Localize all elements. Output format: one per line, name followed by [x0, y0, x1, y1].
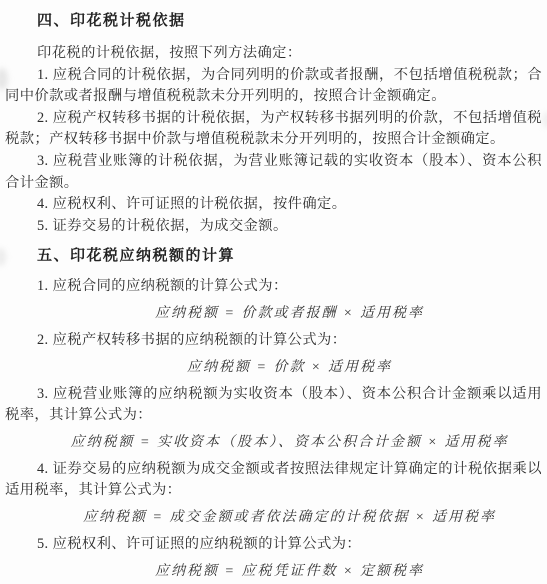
- list-item-basis-1: 1. 应税合同的计税依据，为合同列明的价款或者报酬，不包括增值税税款；合同中价款…: [5, 65, 542, 108]
- document-page: 四、印花税计税依据 印花税的计税依据，按照下列方法确定： 1. 应税合同的计税依…: [0, 0, 547, 584]
- scan-artifact: [542, 112, 547, 128]
- intro-paragraph: 印花税的计税依据，按照下列方法确定：: [5, 43, 542, 65]
- list-item-basis-2: 2. 应税产权转移书据的计税依据，为产权转移书据列明的价款，不包括增值税税款；产…: [5, 108, 542, 151]
- section-heading-tax-amount-calculation: 五、印花税应纳税额的计算: [5, 247, 542, 264]
- section-heading-stamp-tax-basis: 四、印花税计税依据: [5, 12, 542, 29]
- list-item-calc-3-lead: 3. 应税营业账簿的应纳税额为实收资本（股本）、资本公积合计金额乘以适用税率，其…: [5, 384, 542, 427]
- list-item-basis-5: 5. 证券交易的计税依据，为成交金额。: [5, 216, 542, 238]
- formula-licenses: 应纳税额 = 应税凭证件数 × 定额税率: [37, 561, 542, 582]
- formula-business-books: 应纳税额 = 实收资本（股本）、资本公积合计金额 × 适用税率: [37, 432, 542, 453]
- list-item-calc-1-lead: 1. 应税合同的应纳税额的计算公式为：: [5, 276, 542, 298]
- formula-contract: 应纳税额 = 价款或者报酬 × 适用税率: [37, 303, 542, 324]
- list-item-basis-3: 3. 应税营业账簿的计税依据，为营业账簿记载的实收资本（股本）、资本公积合计金额…: [5, 151, 542, 194]
- list-item-calc-5-lead: 5. 应税权利、许可证照的应纳税额的计算公式为：: [5, 534, 542, 556]
- formula-property-transfer: 应纳税额 = 价款 × 适用税率: [37, 357, 542, 378]
- list-item-basis-4: 4. 应税权利、许可证照的计税依据，按件确定。: [5, 194, 542, 216]
- list-item-calc-2-lead: 2. 应税产权转移书据的应纳税额的计算公式为：: [5, 330, 542, 352]
- list-item-calc-4-lead: 4. 证券交易的应纳税额为成交金额或者按照法律规定计算确定的计税依据乘以适用税率…: [5, 459, 542, 502]
- formula-securities-trading: 应纳税额 = 成交金额或者依法确定的计税依据 × 适用税率: [37, 507, 542, 528]
